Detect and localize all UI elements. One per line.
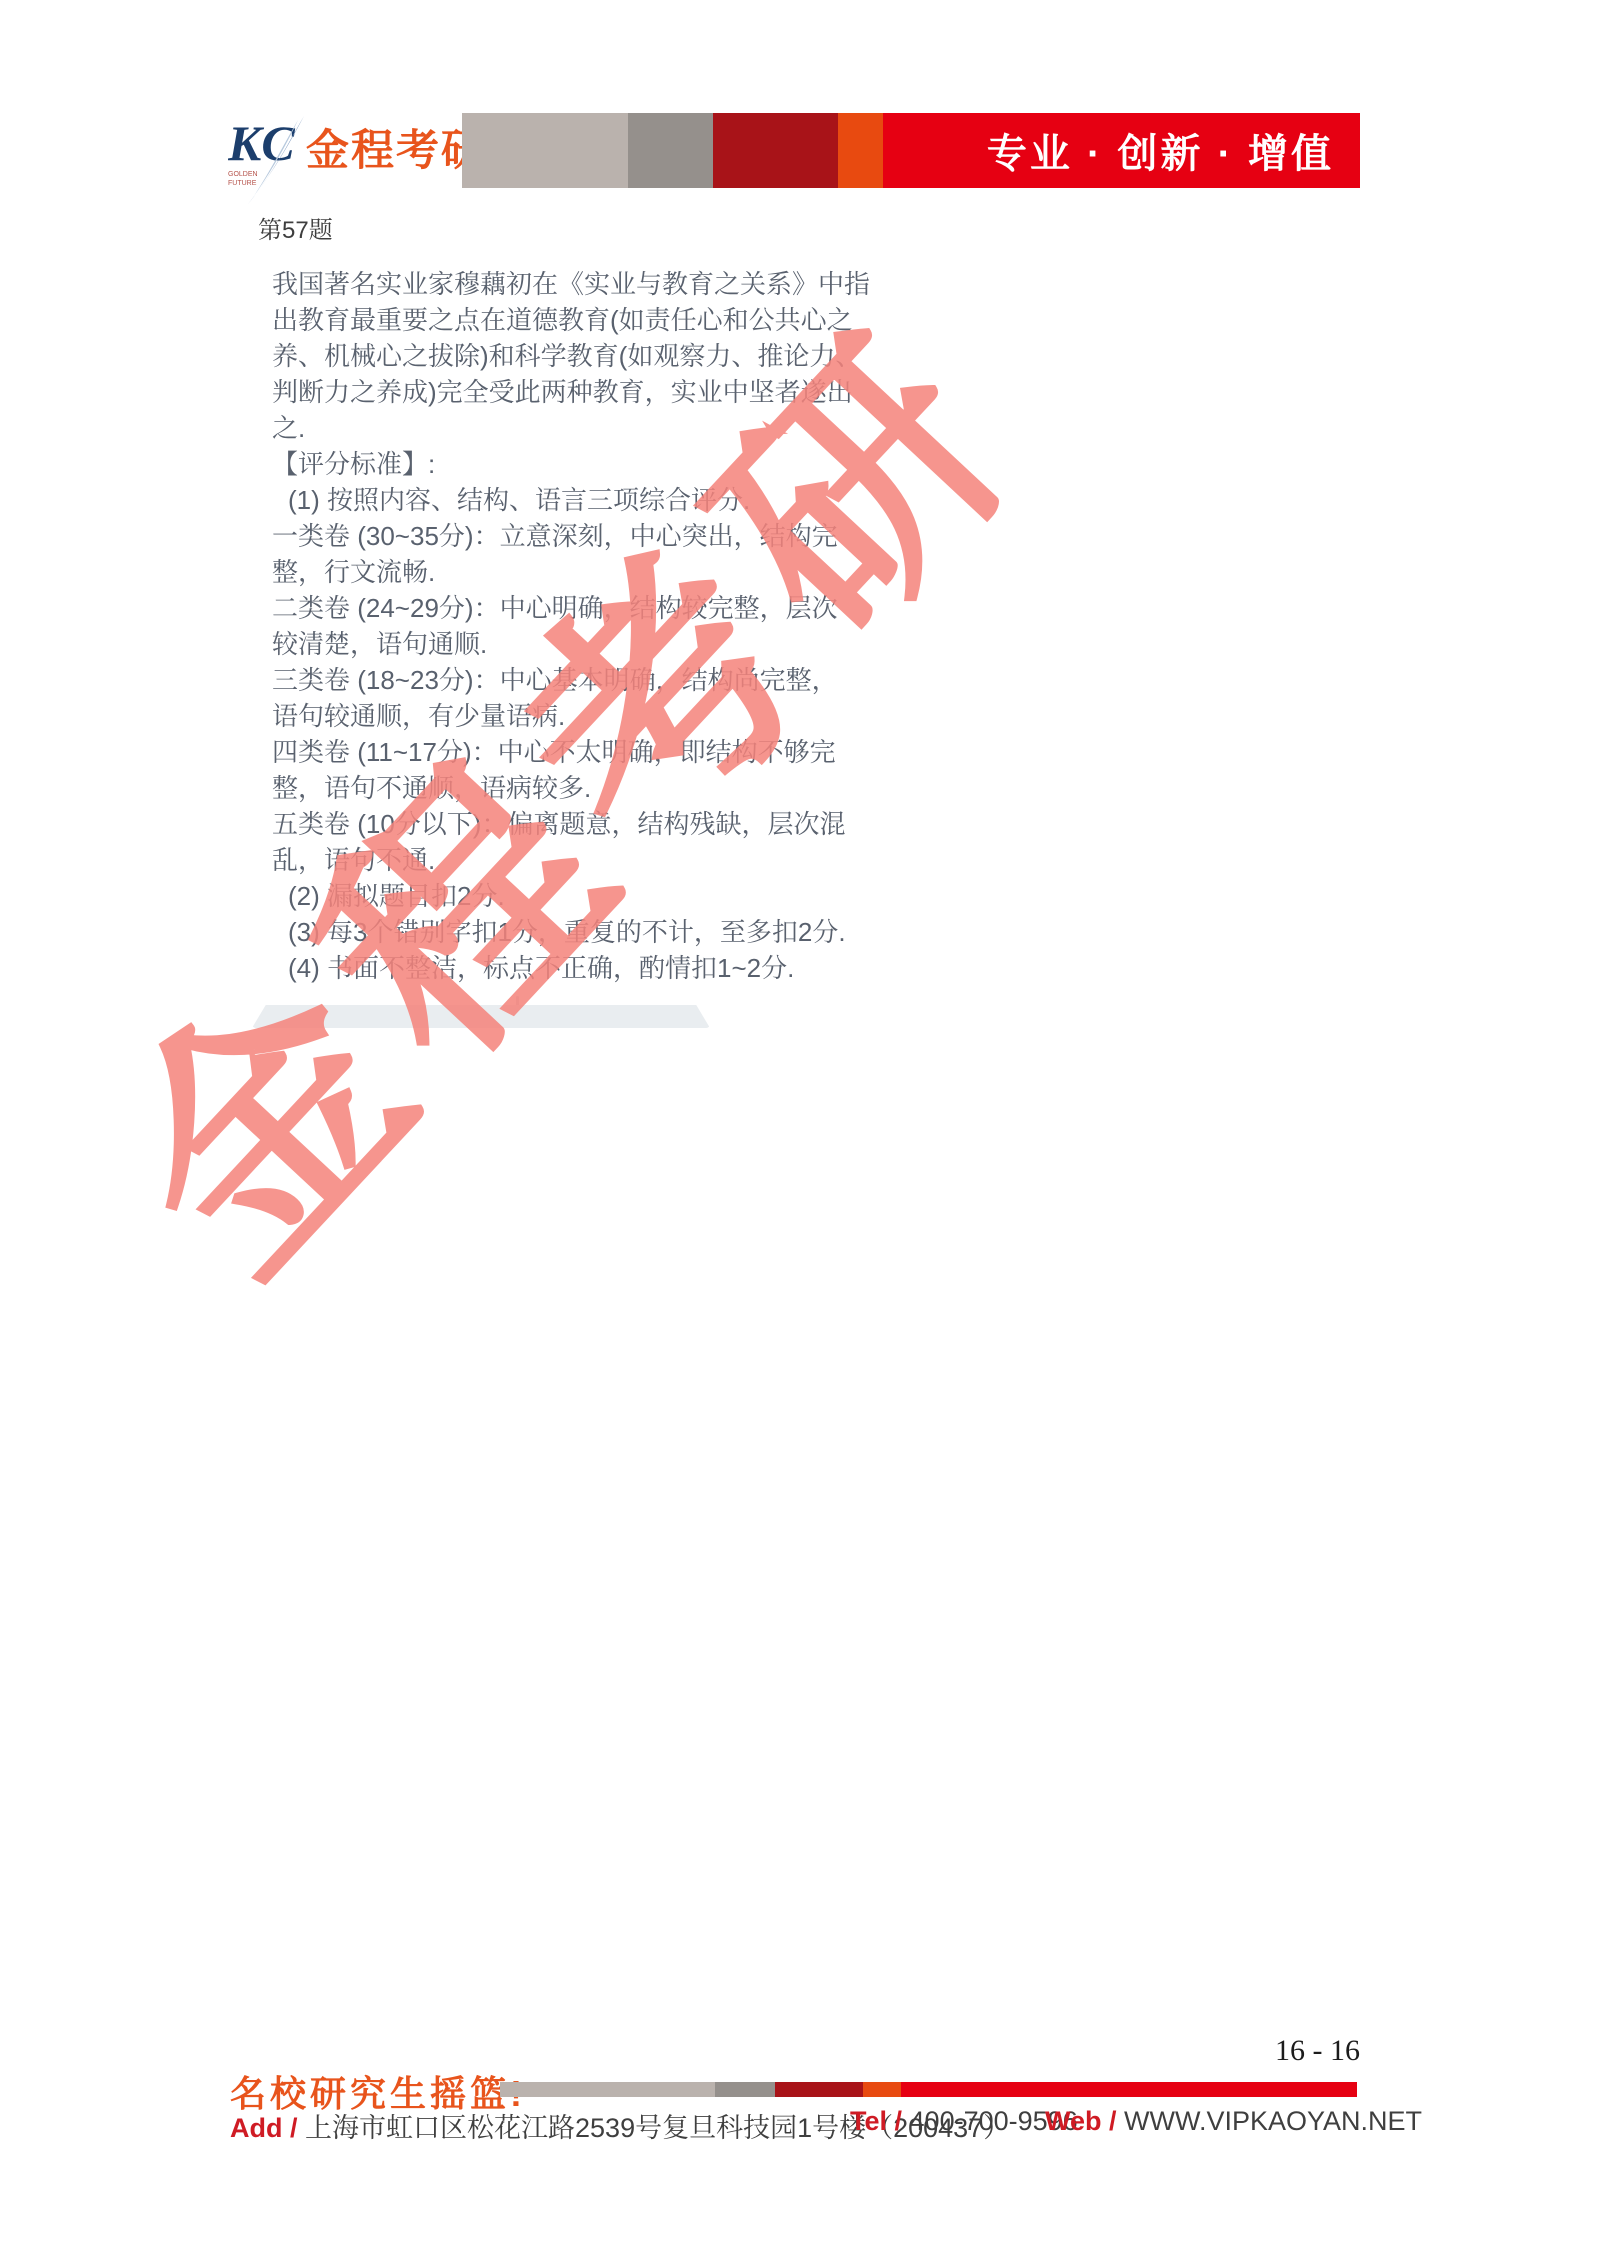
question-line: 养、机械心之拔除)和科学教育(如观察力、推论力、 [272, 338, 912, 374]
footer-bar-lightgray [500, 2082, 715, 2097]
question-number: 第57题 [258, 210, 333, 245]
footer-tel: Tel / 400-700-9596 [850, 2106, 1078, 2137]
header-bar-orange [838, 113, 883, 188]
question-line: 三类卷 (18~23分)：中心基本明确，结构尚完整， [272, 662, 912, 698]
header-bar-darkred [713, 113, 838, 188]
question-line: (1) 按照内容、结构、语言三项综合评分. [272, 482, 912, 518]
question-line: 出教育最重要之点在道德教育(如责任心和公共心之 [272, 302, 912, 338]
footer-web: Web / WWW.VIPKAOYAN.NET [1045, 2106, 1422, 2137]
screenshot-bottom-bar [252, 1005, 710, 1028]
question-line: 我国著名实业家穆藕初在《实业与教育之关系》中指 [272, 266, 912, 302]
header-bar-lightgray [462, 113, 628, 188]
header-bar-gray [628, 113, 713, 188]
question-body: 我国著名实业家穆藕初在《实业与教育之关系》中指 出教育最重要之点在道德教育(如责… [272, 266, 912, 986]
tel-label: Tel / [850, 2106, 902, 2136]
question-line: 四类卷 (11~17分)：中心不太明确，即结构不够完 [272, 734, 912, 770]
question-line: 一类卷 (30~35分)：立意深刻，中心突出，结构完 [272, 518, 912, 554]
page-number: 16 - 16 [1240, 2034, 1360, 2068]
footer-bar-orange [863, 2082, 901, 2097]
header-banner: 专业 · 创新 · 增值 [883, 113, 1360, 188]
question-line: 二类卷 (24~29分)：中心明确，结构较完整，层次 [272, 590, 912, 626]
footer-bar-red [901, 2082, 1357, 2097]
kc-logo-icon: KC GOLDEN FUTURE [228, 114, 310, 206]
web-text: WWW.VIPKAOYAN.NET [1124, 2106, 1422, 2136]
question-line: 判断力之养成)完全受此两种教育，实业中坚者遂出 [272, 374, 912, 410]
question-line: (3) 每3个错别字扣1分，重复的不计，至多扣2分. [272, 914, 912, 950]
question-line: 五类卷 (10分以下)：偏离题意，结构残缺，层次混 [272, 806, 912, 842]
document-page: KC GOLDEN FUTURE 金程考研 专业 · 创新 · 增值 第57题 … [0, 0, 1600, 2263]
question-line: 乱，语句不通. [272, 842, 912, 878]
question-line: (4) 书面不整洁，标点不正确，酌情扣1~2分. [272, 950, 912, 986]
question-line: 整，语句不通顺，语病较多. [272, 770, 912, 806]
question-line: 较清楚，语句通顺. [272, 626, 912, 662]
logo-subtext-line2: FUTURE [228, 180, 257, 187]
footer-bar-gray [715, 2082, 775, 2097]
web-label: Web / [1045, 2106, 1117, 2136]
question-line: (2) 漏拟题目扣2分. [272, 878, 912, 914]
footer-bar-darkred [775, 2082, 863, 2097]
question-line: 语句较通顺，有少量语病. [272, 698, 912, 734]
logo-subtext-line1: GOLDEN [228, 171, 258, 178]
brand-name: 金程考研 [306, 126, 486, 176]
header-slogan-text: 专业 · 创新 · 增值 [987, 122, 1334, 179]
question-line: 整，行文流畅. [272, 554, 912, 590]
question-line: 【评分标准】: [272, 446, 912, 482]
question-line: 之. [272, 410, 912, 446]
address-label: Add / [230, 2113, 298, 2143]
